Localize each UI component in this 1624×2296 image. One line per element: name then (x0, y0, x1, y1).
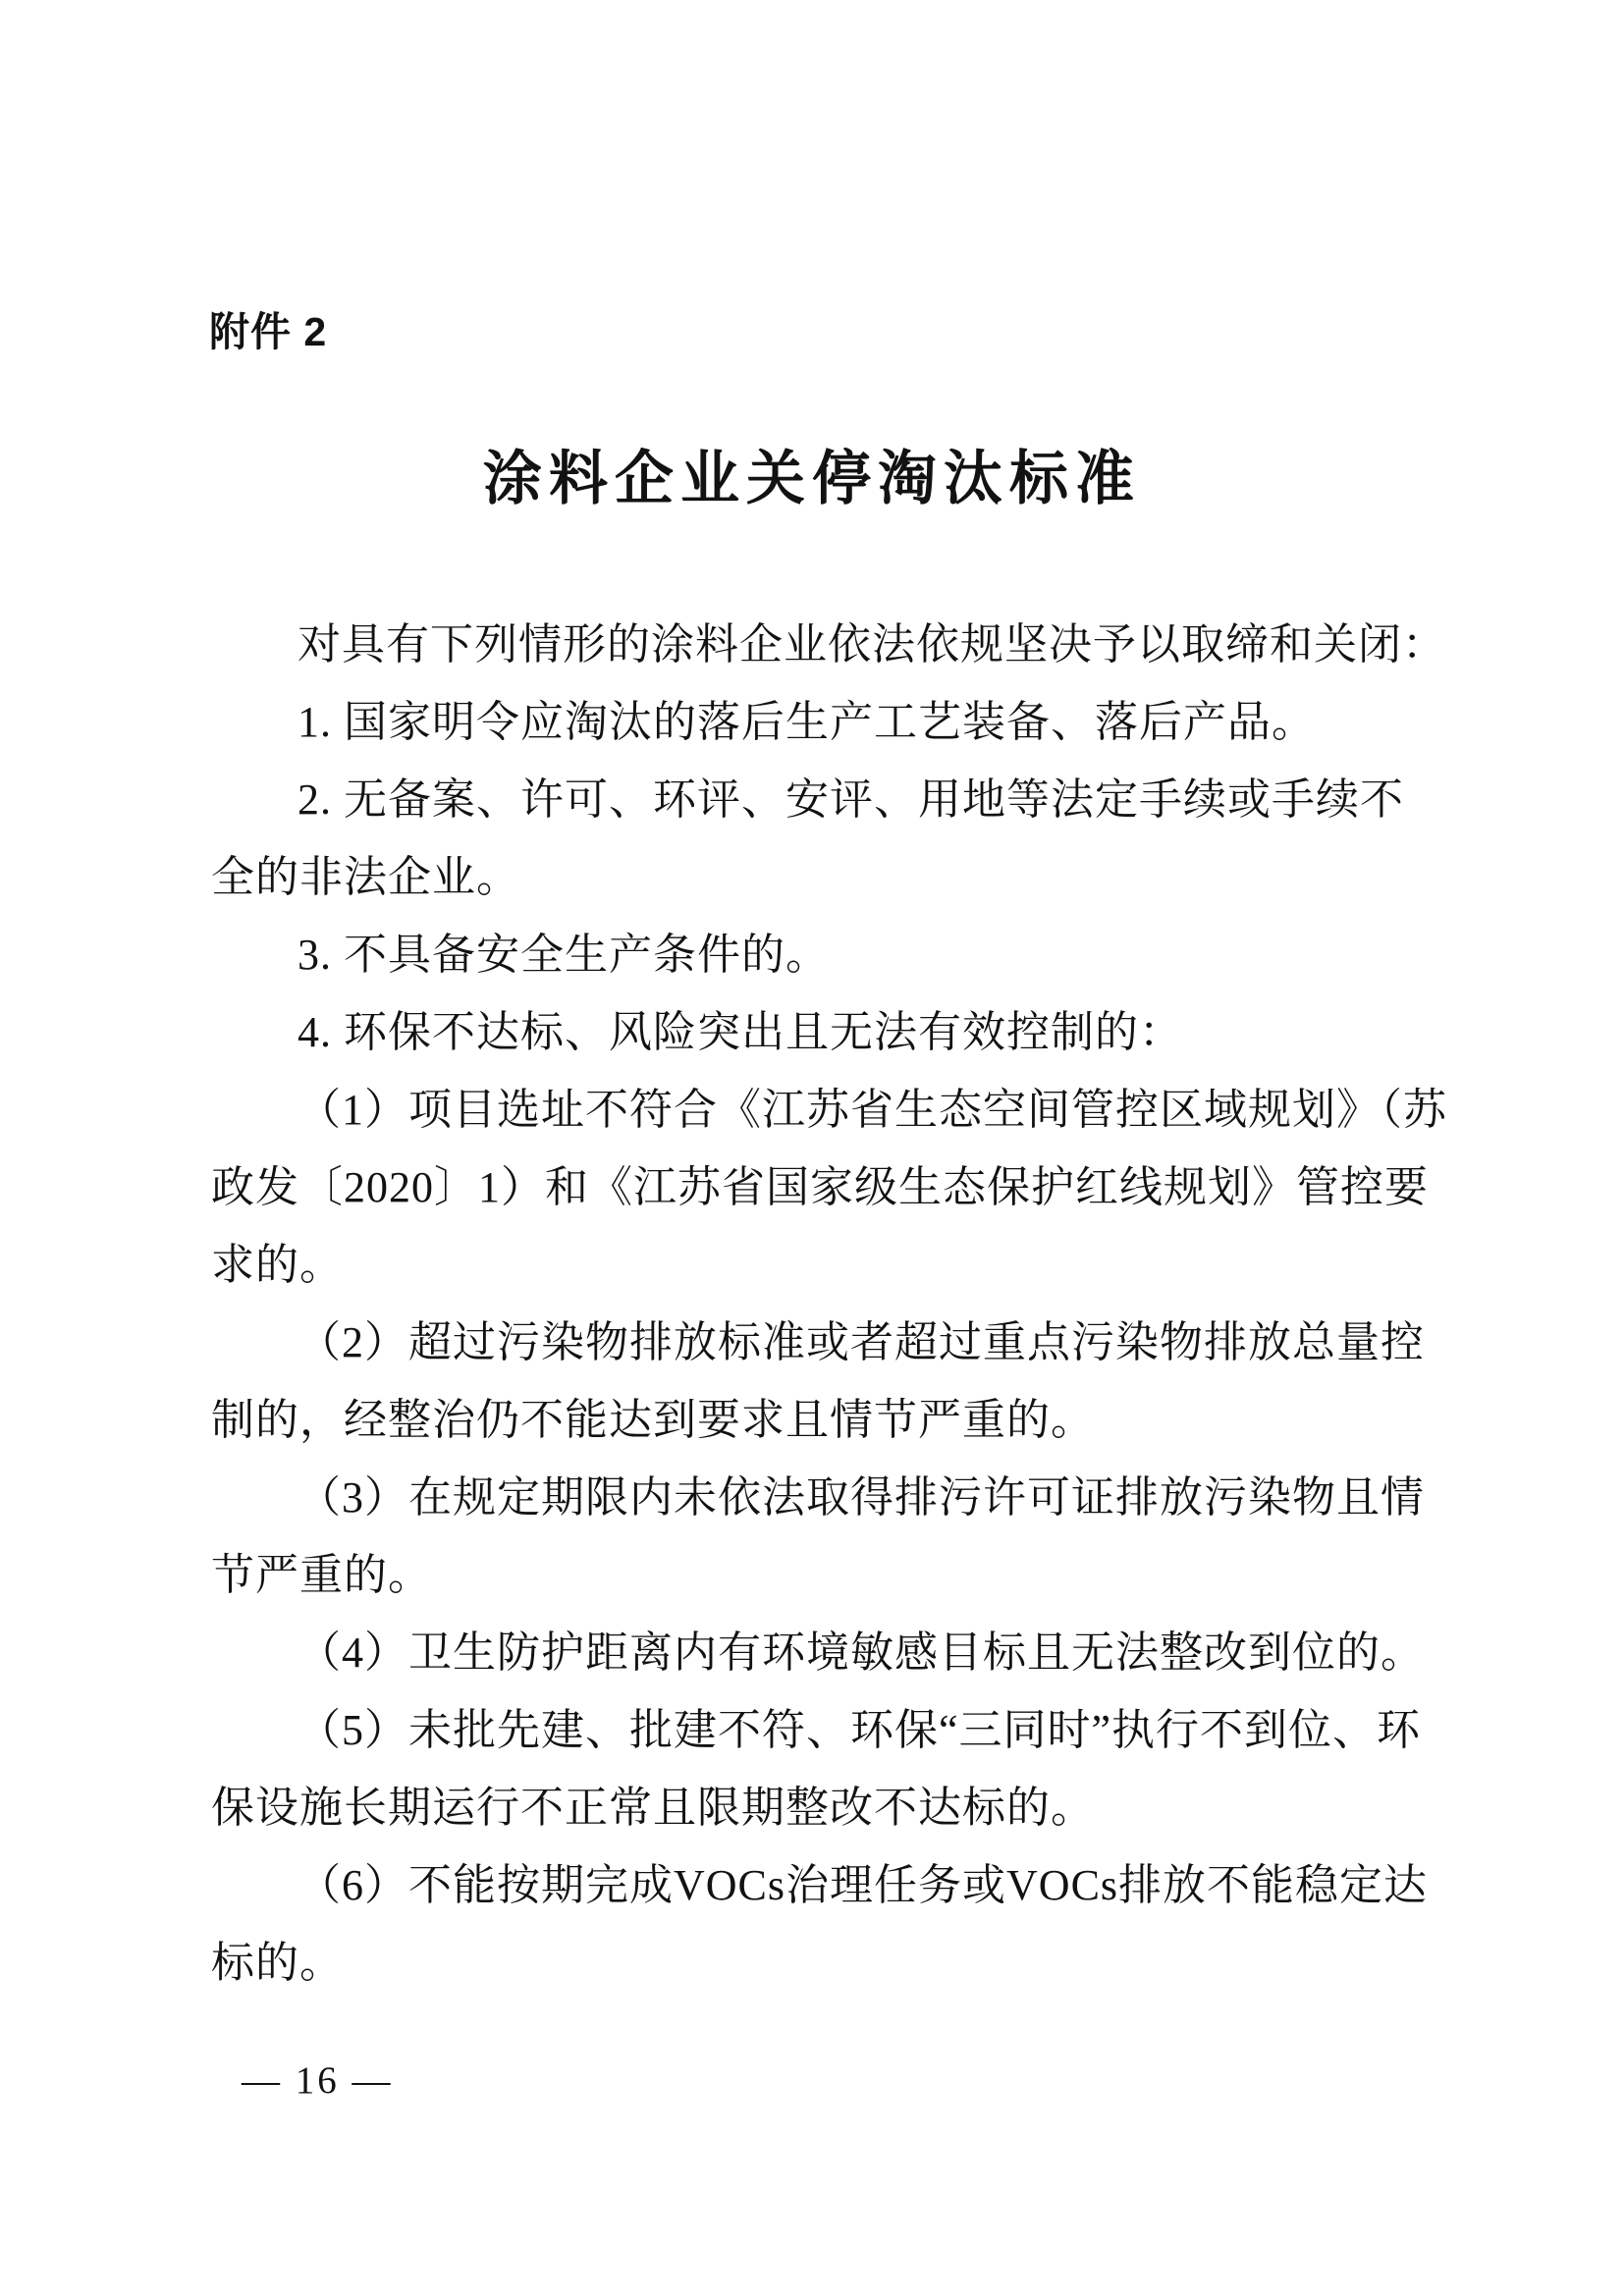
body-line-sub-3: （3）在规定期限内未依法取得排污许可证排放污染物且情 (211, 1459, 1429, 1536)
body-line-sub-6: （6）不能按期完成VOCs治理任务或VOCs排放不能稳定达 (211, 1846, 1429, 1924)
body-line-intro: 对具有下列情形的涂料企业依法依规坚决予以取缔和关闭： (211, 606, 1429, 683)
body-line-item-2-wrap: 全的非法企业。 (211, 838, 1429, 916)
attachment-label: 附件 2 (209, 310, 327, 353)
body-line-item-3: 3. 不具备安全生产条件的。 (211, 916, 1429, 993)
body-line-item-1: 1. 国家明令应淘汰的落后生产工艺装备、落后产品。 (211, 683, 1429, 761)
body-line-sub-2-wrap: 制的，经整治仍不能达到要求且情节严重的。 (211, 1381, 1429, 1459)
body-line-sub-1: （1）项目选址不符合《江苏省生态空间管控区域规划》（苏 (211, 1071, 1429, 1148)
page-title: 涂料企业关停淘汰标准 (0, 438, 1624, 520)
body-line-sub-5: （5）未批先建、批建不符、环保“三同时”执行不到位、环 (211, 1691, 1429, 1769)
document-page: 附件 2 涂料企业关停淘汰标准 对具有下列情形的涂料企业依法依规坚决予以取缔和关… (0, 0, 1624, 2296)
body-line-sub-1-end: 求的。 (211, 1226, 1429, 1304)
page-number: — 16 — (242, 2059, 394, 2103)
body-line-item-4: 4. 环保不达标、风险突出且无法有效控制的： (211, 993, 1429, 1071)
body-line-item-2: 2. 无备案、许可、环评、安评、用地等法定手续或手续不 (211, 761, 1429, 838)
body-line-sub-6-wrap: 标的。 (211, 1924, 1429, 2002)
body-line-sub-3-wrap: 节严重的。 (211, 1536, 1429, 1614)
body-line-sub-1-wrap: 政发〔2020〕1）和《江苏省国家级生态保护红线规划》管控要 (211, 1148, 1429, 1226)
body-line-sub-5-wrap: 保设施长期运行不正常且限期整改不达标的。 (211, 1769, 1429, 1846)
body-line-sub-2: （2）超过污染物排放标准或者超过重点污染物排放总量控 (211, 1304, 1429, 1381)
body-line-sub-4: （4）卫生防护距离内有环境敏感目标且无法整改到位的。 (211, 1614, 1429, 1691)
document-body: 对具有下列情形的涂料企业依法依规坚决予以取缔和关闭： 1. 国家明令应淘汰的落后… (211, 606, 1429, 2002)
